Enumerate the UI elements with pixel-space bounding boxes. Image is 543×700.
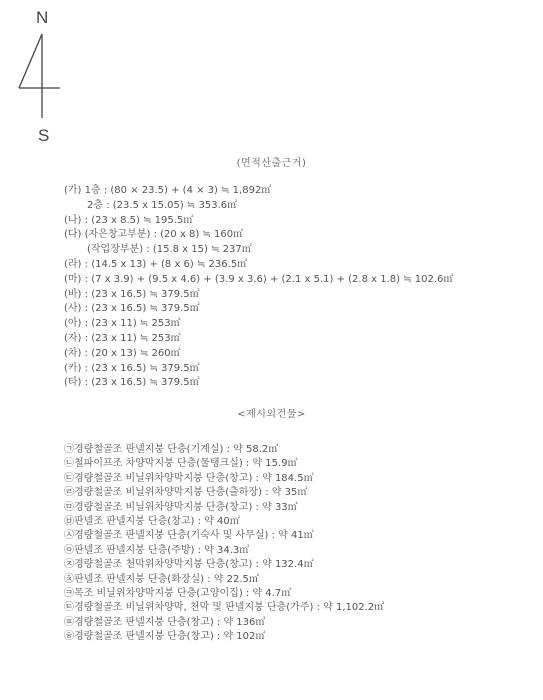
- calc-row: (타) : (23 x 16.5) ≒ 379.5㎡: [64, 376, 453, 391]
- circled-marker: ㉫: [64, 601, 74, 615]
- annex-row: ㉪목조 비닐위차양막지붕 단층(고양이집) : 약 4.7㎡: [64, 587, 384, 601]
- annex-row: ㉩판넬조 판넬지붕 단층(화장실) : 약 22.5㎡: [64, 573, 384, 587]
- circled-marker: ㉥: [64, 515, 74, 529]
- annex-row: ㉦경량철골조 판넬지붕 단층(기숙사 및 사무실) : 약 41㎡: [64, 529, 384, 543]
- calc-row: 2층 : (23.5 x 15.05) ≒ 353.6㎡: [64, 199, 453, 214]
- annex-row: ㉥판넬조 판넬지붕 단층(창고) : 약 40㎡: [64, 515, 384, 529]
- annex-row: ㉬경량철골조 판넬지붕 단층(창고) : 약 136㎡: [64, 616, 384, 630]
- annex-row: ㉭경량철골조 판넬지붕 단층(창고) : 약 102㎡: [64, 630, 384, 644]
- circled-marker: ㉦: [64, 529, 74, 543]
- north-arrow: N S: [14, 8, 64, 148]
- circled-marker: ㉨: [64, 558, 74, 572]
- calc-row: (나) : (23 x 8.5) ≒ 195.5㎡: [64, 214, 453, 229]
- south-label: S: [38, 126, 49, 146]
- calc-row: (카) : (23 x 16.5) ≒ 379.5㎡: [64, 362, 453, 377]
- circled-marker: ㉭: [64, 630, 74, 644]
- calc-row: (사) : (23 x 16.5) ≒ 379.5㎡: [64, 302, 453, 317]
- calc-row: (아) : (23 x 11) ≒ 253㎡: [64, 317, 453, 332]
- annex-row: ㉠경량철골조 판넬지붕 단층(기계실) : 약 58.2㎡: [64, 443, 384, 457]
- annex-buildings-title: <제시외건물>: [0, 405, 543, 420]
- annex-row: ㉨경량철골조 천막위차양막지붕 단층(창고) : 약 132.4㎡: [64, 558, 384, 572]
- calc-row: (바) : (23 x 16.5) ≒ 379.5㎡: [64, 288, 453, 303]
- calc-basis-title: (면적산출근거): [0, 154, 543, 169]
- annex-buildings-list: ㉠경량철골조 판넬지붕 단층(기계실) : 약 58.2㎡ ㉡철파이프조 차양막…: [64, 443, 384, 645]
- annex-row: ㉣경량철골조 비닐위차양막지붕 단층(출하장) : 약 35㎡: [64, 486, 384, 500]
- calc-row: (자) : (23 x 11) ≒ 253㎡: [64, 332, 453, 347]
- annex-row: ㉧판넬조 판넬지붕 단층(주방) : 약 34.3㎡: [64, 544, 384, 558]
- calc-row: (라) : (14.5 x 13) + (8 x 6) ≒ 236.5㎡: [64, 258, 453, 273]
- calc-row: (가) 1층 : (80 × 23.5) + (4 × 3) ≒ 1,892㎡: [64, 184, 453, 199]
- circled-marker: ㉡: [64, 457, 74, 471]
- annex-row: ㉢경량철골조 비닐위차양막지붕 단층(창고) : 약 184.5㎡: [64, 472, 384, 486]
- circled-marker: ㉤: [64, 501, 74, 515]
- area-calculation-list: (가) 1층 : (80 × 23.5) + (4 × 3) ≒ 1,892㎡ …: [64, 184, 453, 391]
- circled-marker: ㉬: [64, 616, 74, 630]
- circled-marker: ㉪: [64, 587, 74, 601]
- circled-marker: ㉠: [64, 443, 74, 457]
- calc-row: (마) : (7 x 3.9) + (9.5 x 4.6) + (3.9 x 3…: [64, 273, 453, 288]
- circled-marker: ㉩: [64, 573, 74, 587]
- calc-row: (차) : (20 x 13) ≒ 260㎡: [64, 347, 453, 362]
- circled-marker: ㉧: [64, 544, 74, 558]
- circled-marker: ㉢: [64, 472, 74, 486]
- annex-row: ㉤경량철골조 비닐위차양막지붕 단층(창고) : 약 33㎡: [64, 501, 384, 515]
- calc-row: (다) (자은창고부분) : (20 x 8) ≒ 160㎡: [64, 228, 453, 243]
- circled-marker: ㉣: [64, 486, 74, 500]
- north-label: N: [36, 8, 48, 28]
- annex-row: ㉫경량철골조 비닐위차양막, 천막 및 판넬지붕 단층(가주) : 약 1,10…: [64, 601, 384, 615]
- calc-row: (작업장부분) : (15.8 x 15) ≒ 237㎡: [64, 243, 453, 258]
- annex-row: ㉡철파이프조 차양막지붕 단층(물탱크실) : 약 15.9㎡: [64, 457, 384, 471]
- north-arrow-icon: [14, 32, 64, 122]
